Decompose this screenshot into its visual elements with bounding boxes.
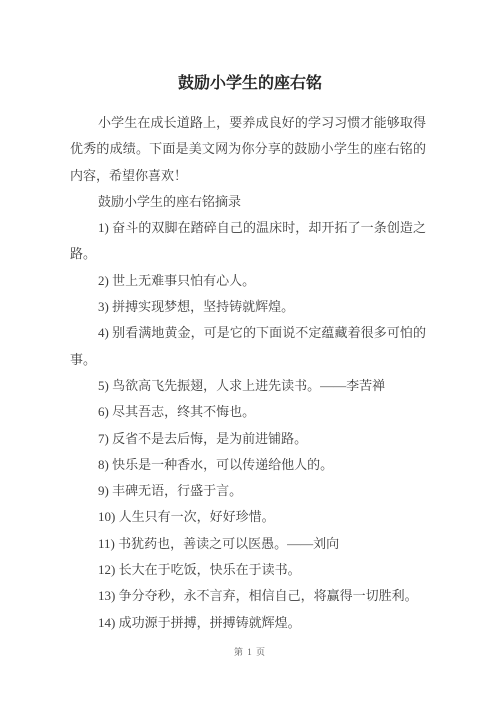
motto-4-line-1: 4) 别看满地黄金，可是它的下面说不定蕴藏着很多可怕的 xyxy=(70,320,426,346)
motto-3: 3) 拼搏实现梦想，坚持铸就辉煌。 xyxy=(70,294,426,320)
intro-line-2: 优秀的成绩。下面是美文网为你分享的鼓励小学生的座右铭的 xyxy=(70,136,426,162)
page-number: 第 1 页 xyxy=(0,644,500,660)
section-heading: 鼓励小学生的座右铭摘录 xyxy=(70,189,426,215)
motto-9: 9) 丰碑无语，行盛于言。 xyxy=(70,478,426,504)
motto-13: 13) 争分夺秒，永不言弃，相信自己，将赢得一切胜利。 xyxy=(70,583,426,609)
motto-1-line-2: 路。 xyxy=(70,241,426,267)
motto-7: 7) 反省不是去后悔，是为前进铺路。 xyxy=(70,426,426,452)
motto-4-line-2: 事。 xyxy=(70,347,426,373)
motto-11: 11) 书犹药也，善读之可以医愚。——刘向 xyxy=(70,531,426,557)
motto-10: 10) 人生只有一次，好好珍惜。 xyxy=(70,504,426,530)
motto-2: 2) 世上无难事只怕有心人。 xyxy=(70,268,426,294)
motto-6: 6) 尽其吾志，终其不悔也。 xyxy=(70,399,426,425)
motto-14: 14) 成功源于拼搏，拼搏铸就辉煌。 xyxy=(70,610,426,636)
document-body: 小学生在成长道路上，要养成良好的学习习惯才能够取得 优秀的成绩。下面是美文网为你… xyxy=(70,110,426,636)
motto-1-line-1: 1) 奋斗的双脚在踏碎自己的温床时，却开拓了一条创造之 xyxy=(70,215,426,241)
page-title: 鼓励小学生的座右铭 xyxy=(0,0,500,97)
motto-8: 8) 快乐是一种香水，可以传递给他人的。 xyxy=(70,452,426,478)
motto-5: 5) 鸟欲高飞先振翅，人求上进先读书。——李苦禅 xyxy=(70,373,426,399)
intro-line-3: 内容，希望你喜欢！ xyxy=(70,163,426,189)
document-page: 鼓励小学生的座右铭 小学生在成长道路上，要养成良好的学习习惯才能够取得 优秀的成… xyxy=(0,0,500,708)
motto-12: 12) 长大在于吃饭，快乐在于读书。 xyxy=(70,557,426,583)
intro-line-1: 小学生在成长道路上，要养成良好的学习习惯才能够取得 xyxy=(70,110,426,136)
